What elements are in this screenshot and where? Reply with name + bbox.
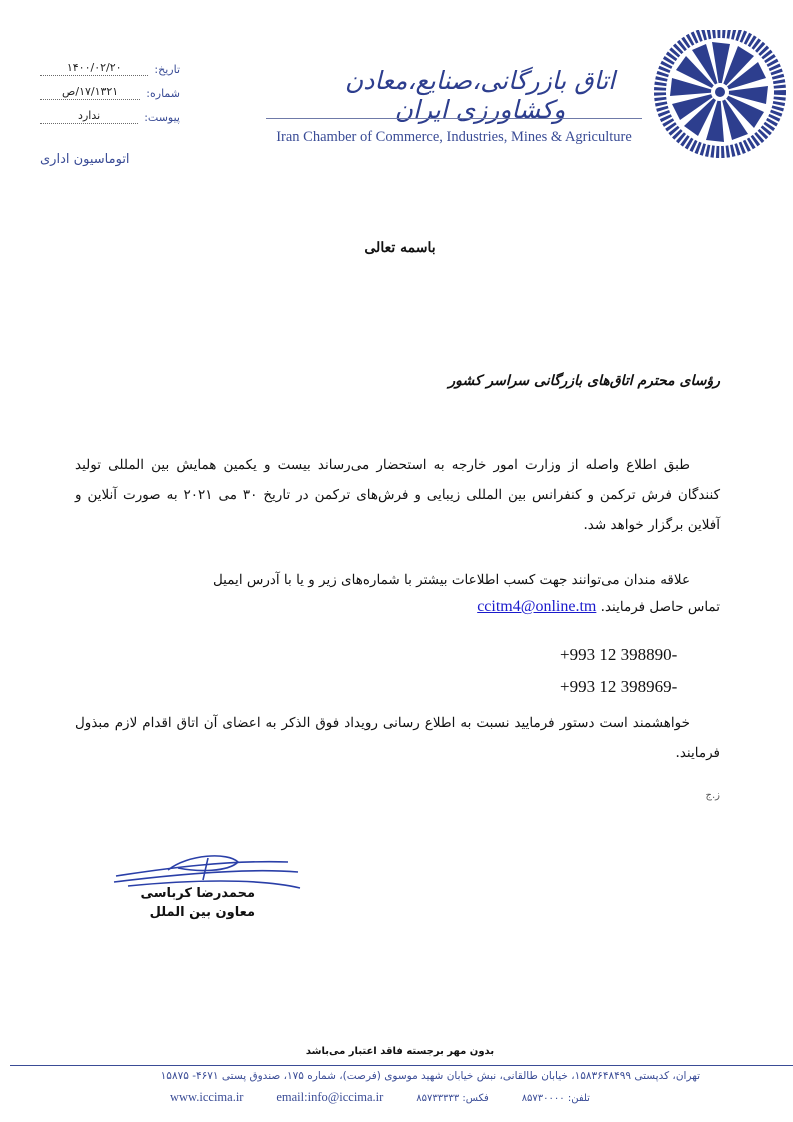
number-value: ۱۷/۱۳۲۱/ص [40, 85, 140, 100]
phone-number-1: +993 12 398890- [560, 645, 720, 665]
typist-initials: ز.ج [690, 790, 720, 801]
footer-contact: www.iccima.ir email:info@iccima.ir فکس: … [170, 1090, 590, 1105]
footer-website[interactable]: www.iccima.ir [170, 1090, 243, 1105]
org-name-fa: اتاق بازرگانی،صنایع،معادن وکشاورزی ایران [320, 66, 640, 124]
email-link[interactable]: ccitm4@online.tm [477, 598, 596, 615]
footer-email[interactable]: email:info@iccima.ir [276, 1090, 383, 1105]
iccima-emblem-icon [650, 30, 790, 160]
email-line: تماس حاصل فرمایند. ccitm4@online.tm [75, 598, 720, 616]
paragraph-announcement: طبق اطلاع واصله از وزارت امور خارجه به ا… [75, 450, 720, 540]
office-automation-label: اتوماسیون اداری [40, 152, 140, 167]
org-name-en: Iran Chamber of Commerce, Industries, Mi… [266, 129, 642, 146]
email-suffix: تماس حاصل فرمایند. [601, 599, 720, 615]
attachment-value: ندارد [40, 109, 138, 124]
footer-divider [10, 1065, 793, 1066]
date-label: تاریخ: [154, 63, 180, 76]
number-field: شماره: ۱۷/۱۳۲۱/ص [40, 82, 180, 100]
signatory-name: محمدرضا کرباسی [110, 884, 255, 903]
stamp-notice: بدون مهر برجسته فاقد اعتبار می‌باشد [250, 1046, 550, 1057]
footer-fax: فکس: ۸۵۷۳۳۳۳۳ [416, 1093, 489, 1104]
paragraph-request: خواهشمند است دستور فرمایید نسبت به اطلاع… [75, 708, 720, 768]
number-label: شماره: [146, 87, 180, 100]
signatory: محمدرضا کرباسی معاون بین الملل [110, 884, 255, 922]
date-value: ۱۴۰۰/۰۲/۲۰ [40, 61, 148, 76]
basmala-heading: باسمه تعالی [300, 240, 500, 256]
paragraph-contact: علاقه مندان می‌توانند جهت کسب اطلاعات بی… [75, 565, 720, 595]
recipient-heading: رؤسای محترم اتاق‌های بازرگانی سراسر کشور [400, 373, 720, 389]
attachment-label: پیوست: [144, 111, 180, 124]
phone-number-2: +993 12 398969- [560, 677, 720, 697]
footer-phone: تلفن: ۸۵۷۳۰۰۰۰ [522, 1093, 590, 1104]
signatory-title: معاون بین الملل [110, 903, 255, 922]
header-divider [266, 118, 642, 119]
attachment-field: پیوست: ندارد [40, 106, 180, 124]
footer-address: تهران، کدپستی ۱۵۸۳۶۴۸۴۹۹، خیابان طالقانی… [80, 1070, 700, 1082]
date-field: تاریخ: ۱۴۰۰/۰۲/۲۰ [40, 58, 180, 76]
